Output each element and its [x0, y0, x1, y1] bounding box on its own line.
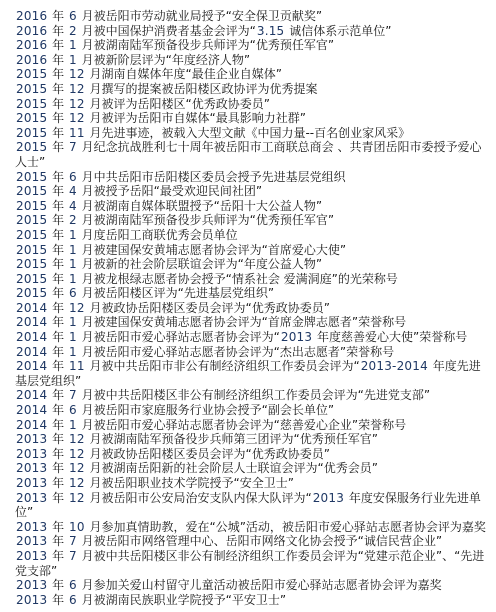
- list-item: 2013 年 7 月被中共岳阳楼区非公有制经济组织工作委员会评为“党建示范企业”…: [15, 549, 490, 578]
- list-item: 2014 年 1 月被岳阳市爱心驿站志愿者协会评为“杰出志愿者”荣誉称号: [15, 345, 490, 360]
- list-item: 2014 年 11 月被中共岳阳市非公有制经济组织工作委员会评为“2013-20…: [15, 359, 490, 388]
- date-number: 1: [68, 315, 78, 329]
- date-number: 7: [68, 388, 78, 402]
- list-item: 2016 年 1 月被新阶层评为“年度经济人物”: [15, 53, 490, 68]
- list-item: 2015 年 6 月被岳阳楼区评为“先进基层党组织”: [15, 286, 490, 301]
- date-number: 2013: [15, 461, 48, 475]
- date-number: 2015: [15, 82, 48, 96]
- date-number: 2016: [15, 53, 48, 67]
- date-number: 1: [68, 272, 78, 286]
- list-item: 2014 年 1 月被建国保安黄埔志愿者协会评为“首席金牌志愿者”荣誉称号: [15, 315, 490, 330]
- list-item: 2013 年 6 月被湖南民族职业学院授予“平安卫士”: [15, 593, 490, 608]
- date-number: 2: [68, 24, 78, 38]
- date-number: 2014: [15, 388, 48, 402]
- list-item: 2015 年 4 月被授予岳阳“最受欢迎民间社团”: [15, 184, 490, 199]
- list-item: 2015 年 2 月被湖南陆军预备役步兵师评为“优秀预任军官”: [15, 213, 490, 228]
- date-number: 2013-2014: [360, 359, 429, 373]
- date-number: 1: [68, 257, 78, 271]
- date-number: 2015: [15, 199, 48, 213]
- date-number: 2015: [15, 170, 48, 184]
- date-number: 2014: [15, 330, 48, 344]
- date-number: 6: [68, 403, 78, 417]
- date-number: 1: [68, 418, 78, 432]
- date-number: 1: [68, 228, 78, 242]
- date-number: 2015: [15, 67, 48, 81]
- date-number: 12: [68, 97, 86, 111]
- date-number: 2013: [15, 476, 48, 490]
- date-number: 6: [68, 593, 78, 607]
- date-number: 2016: [15, 24, 48, 38]
- date-number: 7: [68, 140, 78, 154]
- date-number: 2015: [15, 97, 48, 111]
- list-item: 2016 年 2 月被中国保护消费者基金会评为“3.15 诚信体系示范单位”: [15, 24, 490, 39]
- date-number: 2013: [15, 549, 48, 563]
- document-page: 2016 年 6 月被岳阳市劳动就业局授予“安全保卫贡献奖”2016 年 2 月…: [0, 0, 496, 612]
- date-number: 2015: [15, 286, 48, 300]
- list-item: 2015 年 1 月被建国保安黄埔志愿者协会评为“首席爱心大使”: [15, 243, 490, 258]
- date-number: 2013: [15, 520, 48, 534]
- date-number: 4: [68, 199, 78, 213]
- list-item: 2015 年 1 月被龙根绿志愿者协会授予“情系社会 爱满洞庭”的光荣称号: [15, 272, 490, 287]
- list-item: 2015 年 12 月撰写的提案被岳阳楼区政协评为优秀提案: [15, 82, 490, 97]
- date-number: 2013: [15, 578, 48, 592]
- list-item: 2013 年 12 月被政协岳阳楼区委员会评为“优秀政协委员”: [15, 447, 490, 462]
- list-item: 2013 年 7 月被岳阳市网络管理中心、岳阳市网络文化协会授予“诚信民营企业”: [15, 534, 490, 549]
- date-number: 3.15: [256, 24, 286, 38]
- date-number: 2015: [15, 228, 48, 242]
- date-number: 2014: [15, 403, 48, 417]
- date-number: 2013: [312, 491, 345, 505]
- date-number: 12: [68, 476, 86, 490]
- date-number: 2015: [15, 126, 48, 140]
- date-number: 2015: [15, 111, 48, 125]
- date-number: 7: [68, 549, 78, 563]
- list-item: 2015 年 12 月被评为岳阳市自媒体“最具影响力社群”: [15, 111, 490, 126]
- list-item: 2013 年 10 月参加真情助教，爱在“公城”活动，被岳阳市爱心驿站志愿者协会…: [15, 520, 490, 535]
- date-number: 2015: [15, 213, 48, 227]
- date-number: 2013: [15, 447, 48, 461]
- list-item: 2013 年 12 月被湖南陆军预备役步兵师第三团评为“优秀预任军官”: [15, 432, 490, 447]
- date-number: 2013: [280, 330, 313, 344]
- date-number: 2015: [15, 257, 48, 271]
- date-number: 4: [68, 184, 78, 198]
- list-item: 2014 年 1 月被岳阳市爱心驿站志愿者协会评为“2013 年度慈善爱心大使”…: [15, 330, 490, 345]
- list-item: 2014 年 1 月被岳阳市爱心驿站志愿者协会评为“慈善爱心企业”荣誉称号: [15, 418, 490, 433]
- date-number: 12: [68, 461, 86, 475]
- list-item: 2014 年 12 月被政协岳阳楼区委员会评为“优秀政协委员”: [15, 301, 490, 316]
- list-item: 2015 年 7 月纪念抗战胜利七十周年被岳阳市工商联总商会 、共青团岳阳市委授…: [15, 140, 490, 169]
- date-number: 6: [68, 286, 78, 300]
- date-number: 10: [68, 520, 86, 534]
- date-number: 12: [68, 491, 86, 505]
- date-number: 2: [68, 213, 78, 227]
- date-number: 12: [68, 432, 86, 446]
- date-number: 2014: [15, 301, 48, 315]
- date-number: 1: [68, 243, 78, 257]
- date-number: 2013: [15, 491, 48, 505]
- date-number: 2014: [15, 315, 48, 329]
- list-item: 2015 年 11 月先进事迹，被载入大型文献《中国力量--百名创业家风采》: [15, 126, 490, 141]
- date-number: 1: [68, 53, 78, 67]
- list-item: 2015 年 1 月度岳阳工商联优秀会员单位: [15, 228, 490, 243]
- list-item: 2013 年 12 月被岳阳职业技术学院授予“安全卫士”: [15, 476, 490, 491]
- date-number: 2014: [15, 345, 48, 359]
- date-number: 2015: [15, 140, 48, 154]
- date-number: 2015: [15, 272, 48, 286]
- date-number: 1: [68, 38, 78, 52]
- date-number: 11: [68, 126, 86, 140]
- date-number: 2015: [15, 184, 48, 198]
- date-number: 2015: [15, 243, 48, 257]
- date-number: 2013: [15, 432, 48, 446]
- date-number: 6: [68, 170, 78, 184]
- date-number: 2013: [15, 593, 48, 607]
- date-number: 2016: [15, 9, 48, 23]
- date-number: 6: [68, 9, 78, 23]
- date-number: 2013: [15, 534, 48, 548]
- list-item: 2014 年 6 月被岳阳市家庭服务行业协会授予“副会长单位”: [15, 403, 490, 418]
- list-item: 2016 年 1 月被湖南陆军预备役步兵师评为“优秀预任军官”: [15, 38, 490, 53]
- list-item: 2015 年 1 月被新的社会阶层联谊会评为“年度公益人物”: [15, 257, 490, 272]
- date-number: 12: [68, 447, 86, 461]
- date-number: 12: [68, 301, 86, 315]
- date-number: 12: [68, 111, 86, 125]
- date-number: 2014: [15, 359, 48, 373]
- list-item: 2014 年 7 月被中共岳阳楼区非公有制经济组织工作委员会评为“先进党支部”: [15, 388, 490, 403]
- date-number: 1: [68, 330, 78, 344]
- date-number: 12: [68, 82, 86, 96]
- list-item: 2013 年 12 月被湖南岳阳新的社会阶层人士联谊会评为“优秀会员”: [15, 461, 490, 476]
- date-number: 2014: [15, 418, 48, 432]
- date-number: 7: [68, 534, 78, 548]
- list-item: 2016 年 6 月被岳阳市劳动就业局授予“安全保卫贡献奖”: [15, 9, 490, 24]
- list-item: 2015 年 12 月湖南自媒体年度“最佳企业自媒体”: [15, 67, 490, 82]
- date-number: 1: [68, 345, 78, 359]
- honors-list: 2016 年 6 月被岳阳市劳动就业局授予“安全保卫贡献奖”2016 年 2 月…: [15, 9, 490, 607]
- list-item: 2013 年 12 月被岳阳市公安局治安支队内保大队评为“2013 年度安保服务…: [15, 491, 490, 520]
- date-number: 6: [68, 578, 78, 592]
- date-number: 12: [68, 67, 86, 81]
- list-item: 2015 年 6 月中共岳阳市岳阳楼区委员会授予先进基层党组织: [15, 170, 490, 185]
- date-number: 11: [68, 359, 86, 373]
- list-item: 2015 年 12 月被评为岳阳楼区“优秀政协委员”: [15, 97, 490, 112]
- date-number: 2016: [15, 38, 48, 52]
- list-item: 2015 年 4 月被湖南自媒体联盟授予“岳阳十大公益人物”: [15, 199, 490, 214]
- list-item: 2013 年 6 月参加关爱山村留守儿童活动被岳阳市爱心驿站志愿者协会评为嘉奖: [15, 578, 490, 593]
